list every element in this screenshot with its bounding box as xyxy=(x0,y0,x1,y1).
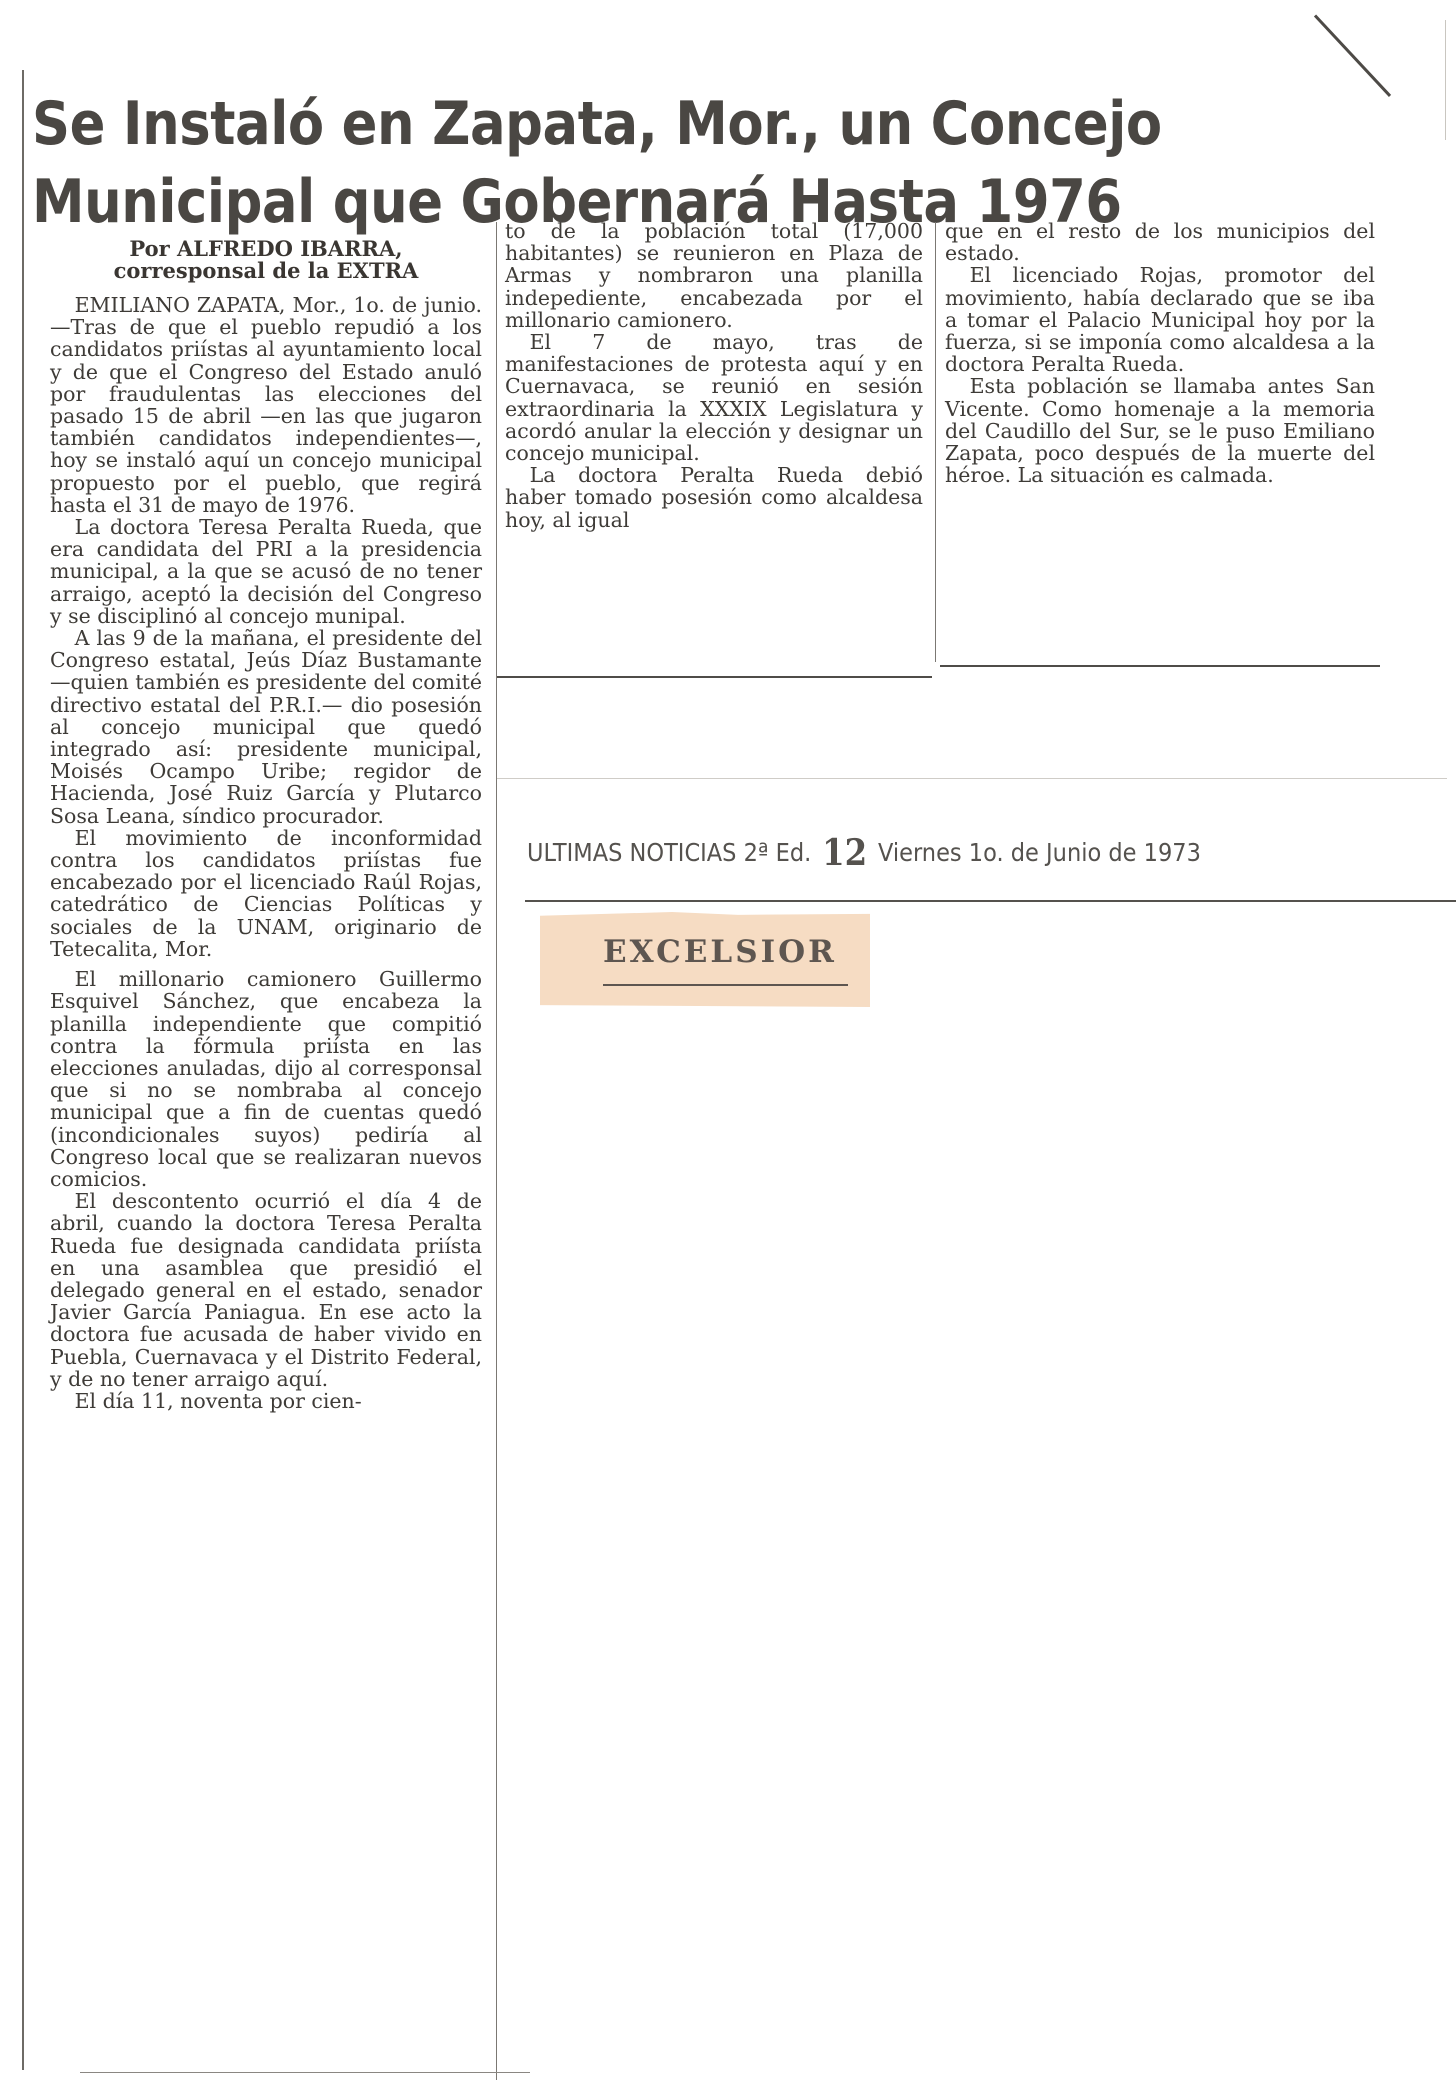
paragraph: La doctora Peralta Rueda debió haber tom… xyxy=(505,464,923,531)
paragraph: El millonario camionero Guillermo Esquiv… xyxy=(50,968,482,1190)
paragraph: El movimiento de inconformidad contra lo… xyxy=(50,827,482,960)
pen-mark xyxy=(1314,14,1391,96)
paragraph: Esta población se llamaba antes San Vice… xyxy=(945,375,1375,486)
column-divider xyxy=(935,222,936,662)
left-border-rule xyxy=(22,70,24,2070)
excelsior-label-clipping: EXCELSIOR xyxy=(540,912,870,1007)
paragraph: El licenciado Rojas, promotor del movimi… xyxy=(945,264,1375,375)
page-masthead: ULTIMAS NOTICIAS 2ª Ed. 12 Viernes 1o. d… xyxy=(527,832,1201,874)
byline-role: corresponsal de la EXTRA xyxy=(50,260,482,282)
section-rule xyxy=(497,676,932,678)
paragraph: El 7 de mayo, tras de manifestaciones de… xyxy=(505,331,923,464)
masthead-rule xyxy=(525,900,1456,902)
paragraph: El descontento ocurrió el día 4 de abril… xyxy=(50,1190,482,1390)
page-number: 12 xyxy=(822,832,867,874)
paragraph: El día 11, noventa por cien- xyxy=(50,1390,482,1412)
column-divider xyxy=(496,222,497,2080)
section-rule xyxy=(940,665,1380,667)
newspaper-clipping: Se Instaló en Zapata, Mor., un Concejo M… xyxy=(0,0,1456,2080)
byline: Por ALFREDO IBARRA, corresponsal de la E… xyxy=(50,238,482,282)
issue-date: Viernes 1o. de Junio de 1973 xyxy=(878,838,1201,867)
article-column-2: to de la población total (17,000 habitan… xyxy=(505,220,923,531)
byline-author: Por ALFREDO IBARRA, xyxy=(50,238,482,260)
newspaper-name: ULTIMAS NOTICIAS 2ª Ed. xyxy=(527,838,811,867)
article-headline: Se Instaló en Zapata, Mor., un Concejo M… xyxy=(32,85,1132,241)
stamp-label: EXCELSIOR xyxy=(603,934,837,970)
article-column-3: que en el resto de los municipios del es… xyxy=(945,220,1375,486)
fold-line xyxy=(497,778,1447,779)
stamp-underline xyxy=(603,984,848,986)
paragraph: A las 9 de la mañana, el presidente del … xyxy=(50,627,482,827)
bottom-edge-rule xyxy=(80,2072,530,2073)
paragraph: EMILIANO ZAPATA, Mor., 1o. de junio.—Tra… xyxy=(50,294,482,516)
paragraph: to de la población total (17,000 habitan… xyxy=(505,220,923,331)
paragraph: La doctora Teresa Peralta Rueda, que era… xyxy=(50,516,482,627)
headline-line-1: Se Instaló en Zapata, Mor., un Concejo xyxy=(32,85,1132,163)
edge-speck xyxy=(1445,20,1446,140)
article-column-1: Por ALFREDO IBARRA, corresponsal de la E… xyxy=(50,238,482,1412)
paragraph: que en el resto de los municipios del es… xyxy=(945,220,1375,264)
